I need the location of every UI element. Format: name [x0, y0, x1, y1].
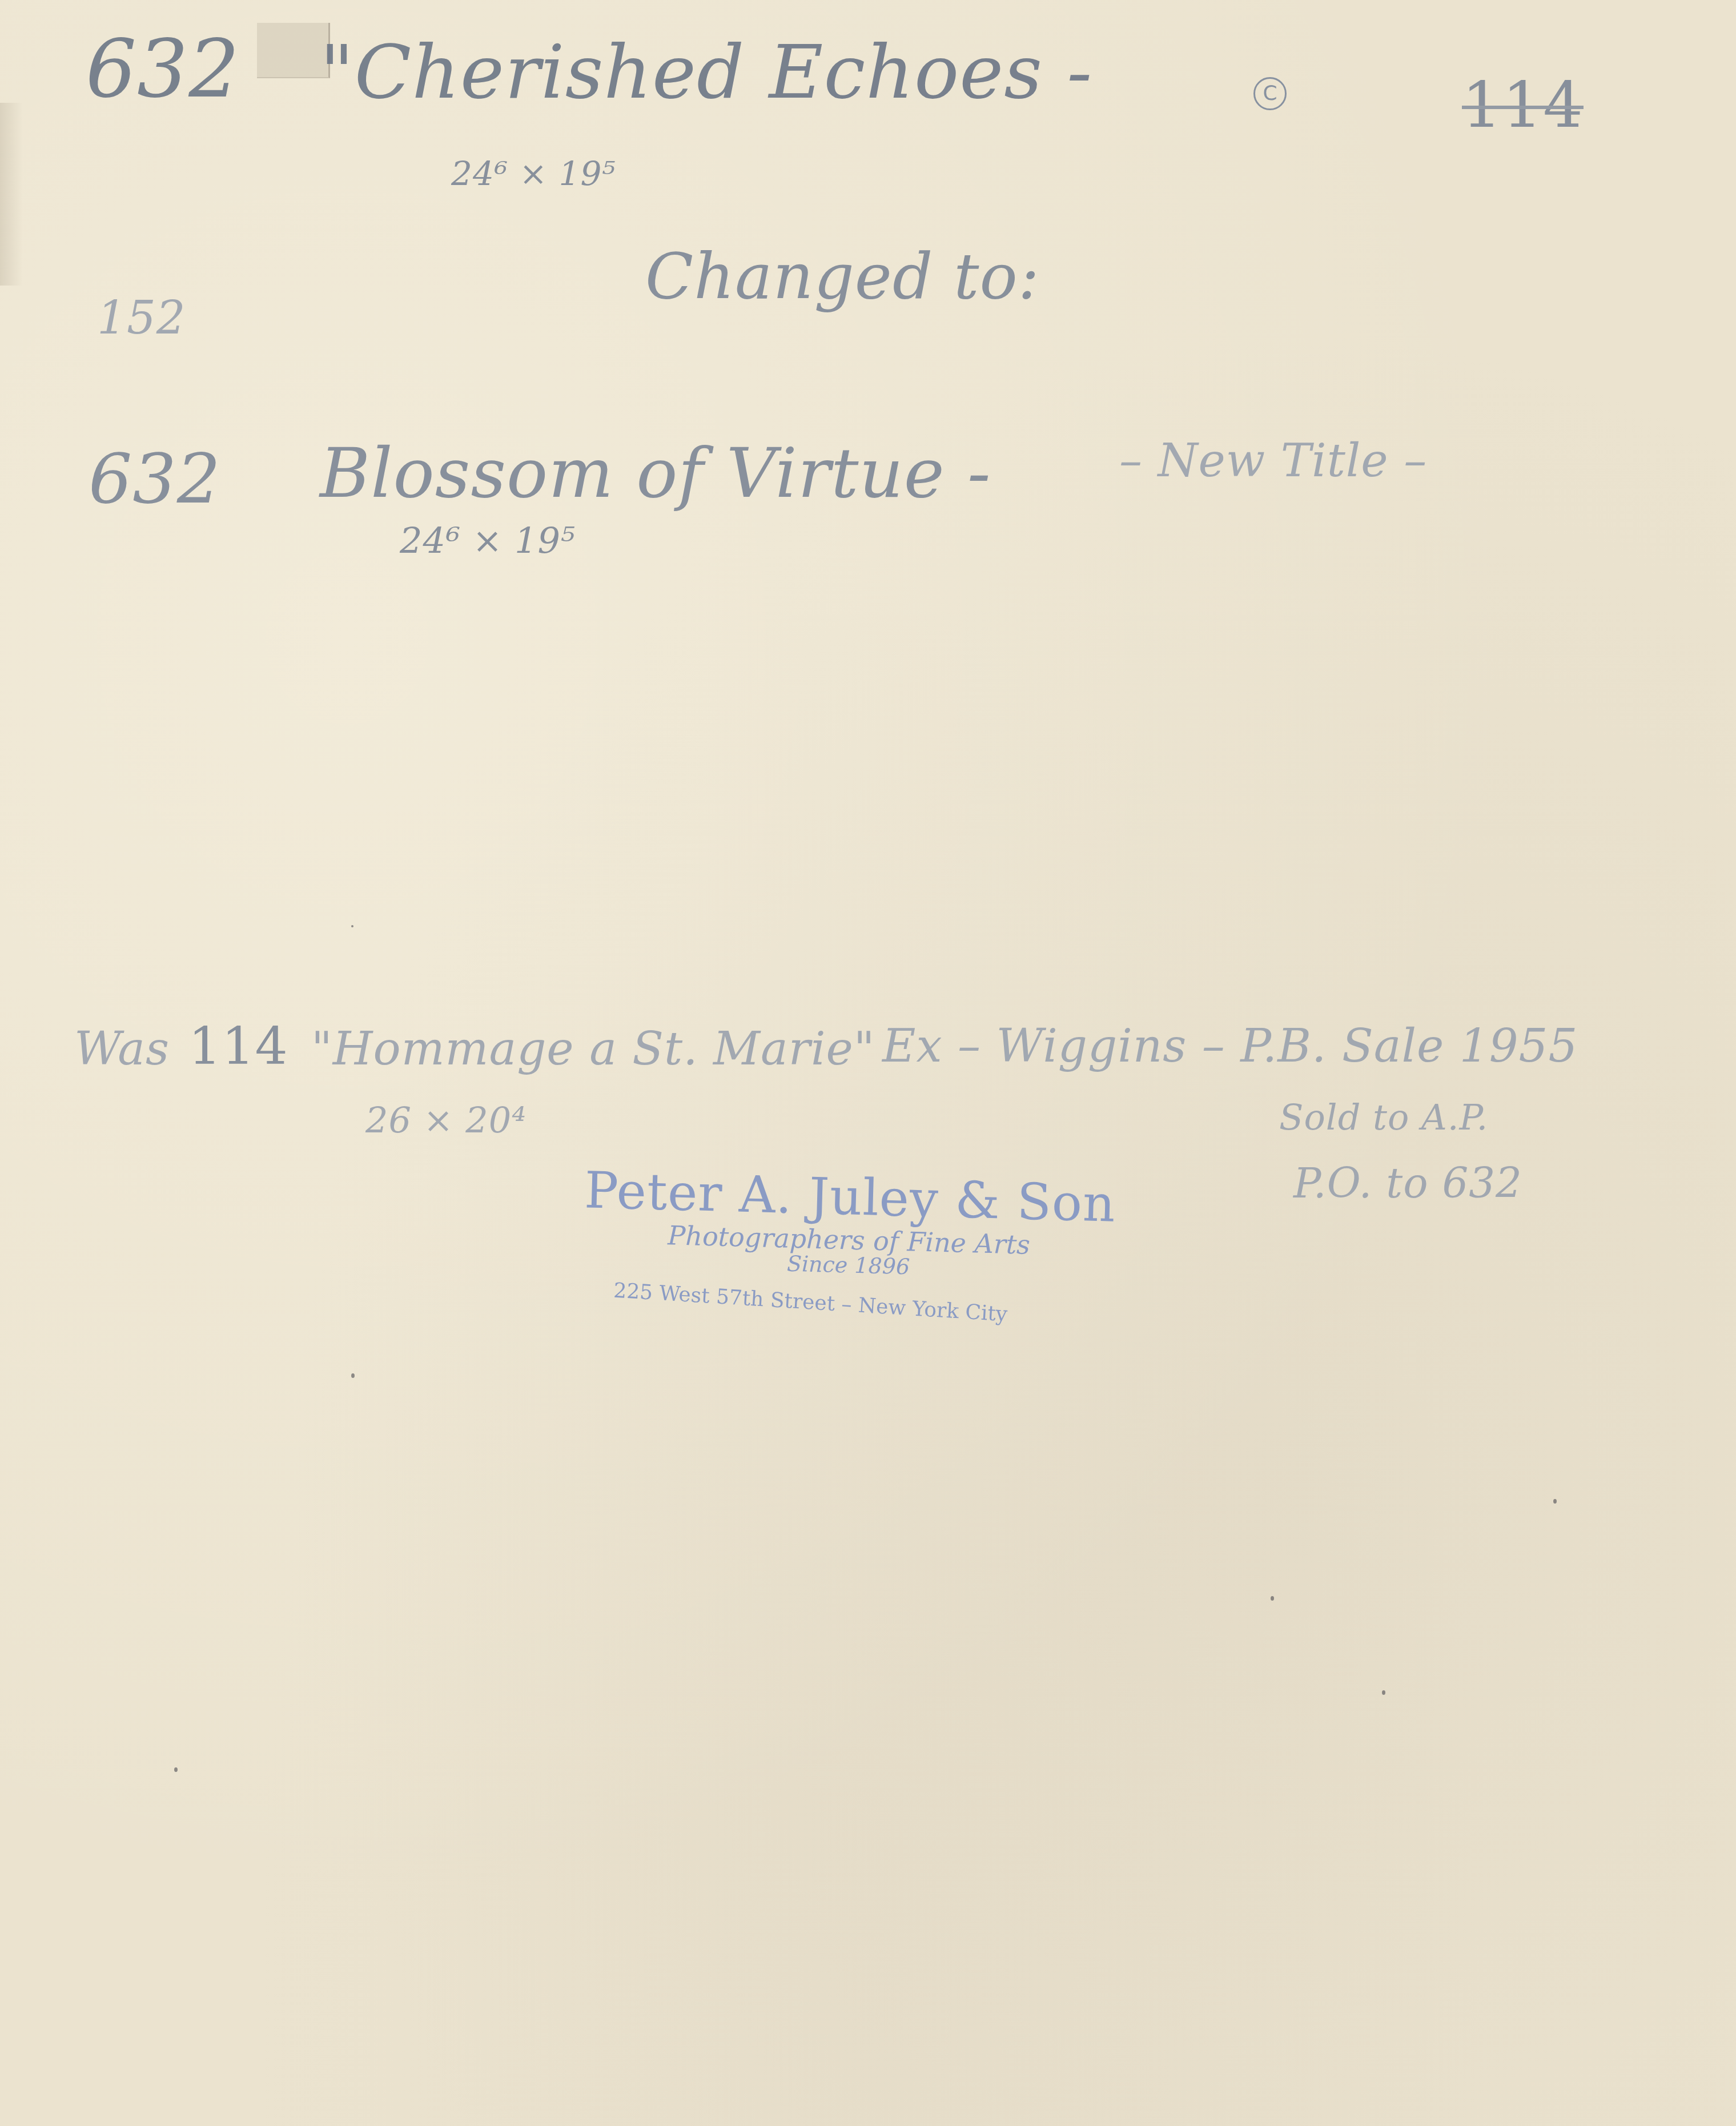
paper-speck: [174, 1767, 178, 1772]
changed-to-label: Changed to:: [645, 240, 1040, 313]
struck-number: 114: [1462, 69, 1584, 142]
former-title: "Hommage a St. Marie": [311, 1022, 875, 1075]
side-number: 152: [97, 291, 186, 344]
paper-speck: [1271, 1596, 1274, 1601]
catalog-number-original: 632: [86, 23, 240, 116]
original-title: "Cherished Echoes -: [320, 29, 1092, 115]
paper-speck: [351, 925, 353, 927]
original-dimensions: 24⁶ × 19⁵: [451, 154, 616, 193]
provenance-note: Ex – Wiggins – P.B. Sale 1955: [882, 1019, 1578, 1072]
sold-note: Sold to A.P.: [1279, 1096, 1488, 1138]
new-dimensions: 24⁶ × 19⁵: [400, 520, 576, 561]
new-title-note: – New Title –: [1119, 434, 1427, 487]
catalog-number-new: 632: [89, 440, 221, 519]
paper-speck: [351, 1373, 355, 1378]
copyright-icon: C: [1253, 77, 1287, 110]
edge-smudge: [0, 103, 23, 286]
paper-speck: [1382, 1690, 1385, 1695]
photographer-stamp: Peter A. Juley & Son Photographers of Fi…: [573, 1165, 1124, 1323]
stamp-address: 225 West 57th Street – New York City: [607, 1280, 1122, 1332]
was-prefix: Was: [74, 1022, 170, 1075]
stamp-name: Peter A. Juley & Son: [576, 1165, 1125, 1229]
corner-stain: [257, 23, 330, 78]
former-number: 114: [188, 1016, 288, 1076]
new-title: Blossom of Virtue -: [320, 434, 991, 513]
po-note: P.O. to 632: [1293, 1159, 1522, 1207]
paper-speck: [1553, 1499, 1557, 1504]
document-page: 632 "Cherished Echoes - 24⁶ × 19⁵ C 114 …: [0, 0, 1736, 2126]
former-dimensions: 26 × 20⁴: [365, 1099, 527, 1141]
